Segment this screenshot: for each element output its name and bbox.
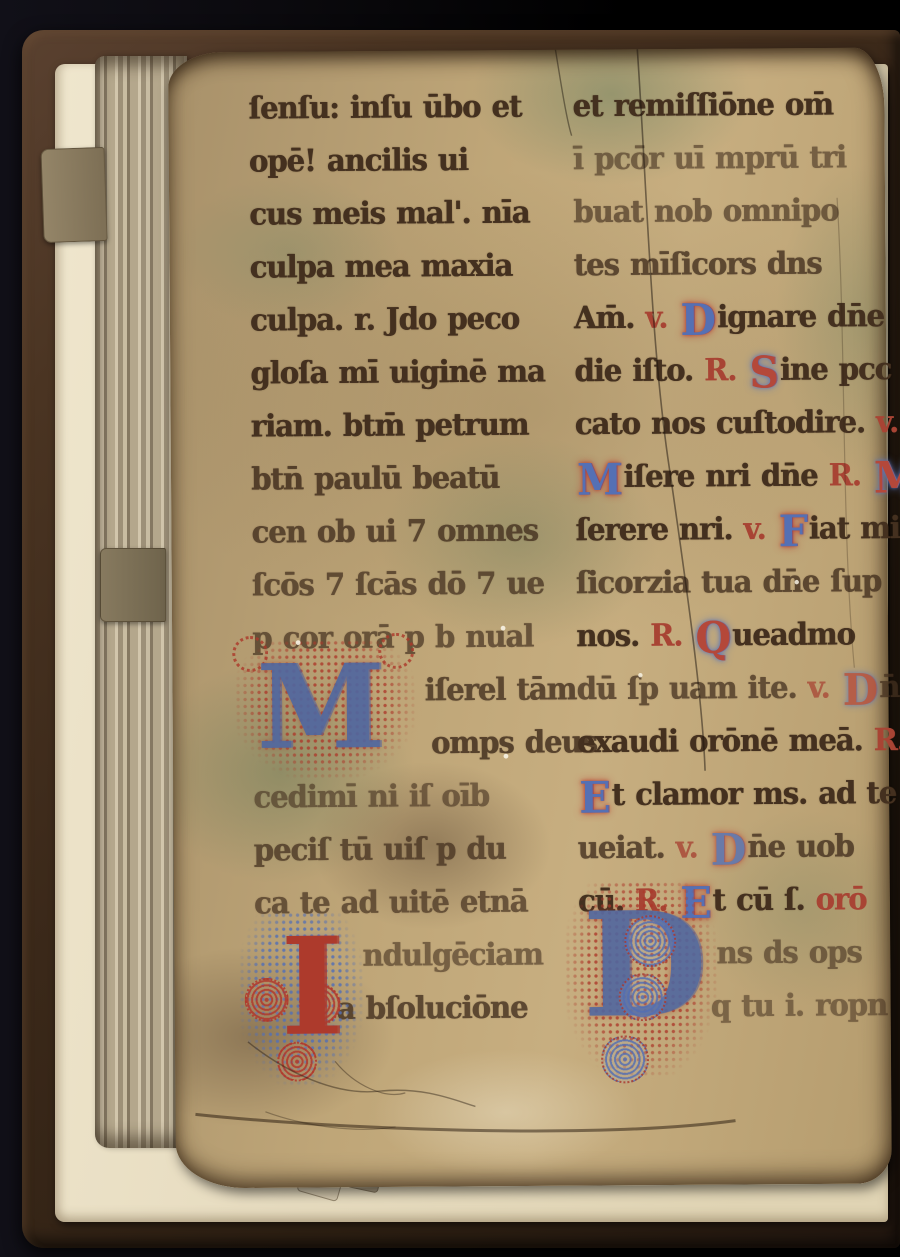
text-segment: t cū ſ. bbox=[712, 881, 815, 918]
text-segment: R. bbox=[828, 457, 872, 493]
text-segment: R. bbox=[650, 617, 694, 653]
inline-initial: Q bbox=[695, 627, 730, 648]
text-segment: et remiſſiōne om̄ bbox=[572, 86, 833, 124]
text-line: q tu i. ropn bbox=[711, 987, 888, 1044]
text-line: opē! ancilis ui bbox=[249, 141, 468, 199]
inline-initial: D bbox=[711, 839, 746, 860]
inline-initial: D bbox=[680, 309, 715, 330]
text-segment: a bſoluciōne bbox=[337, 989, 528, 1026]
text-line: dū ſp uam ite. v. Dn̄e bbox=[576, 668, 900, 727]
text-segment: R. bbox=[704, 351, 748, 387]
rosette bbox=[624, 915, 676, 967]
text-segment: v. bbox=[743, 510, 776, 546]
illuminated-initial-m: M bbox=[242, 647, 407, 772]
text-segment: ndulgēciam bbox=[362, 936, 543, 973]
text-segment: omps deus bbox=[431, 724, 597, 761]
text-segment: btn̄ paulū beatū bbox=[251, 459, 499, 497]
text-line: ſcōs 7 ſcās dō 7 ue bbox=[252, 565, 544, 623]
text-segment: ns ds ops bbox=[716, 934, 861, 971]
index-tab-upper bbox=[40, 147, 107, 243]
text-segment: exaudi orōnē meā. bbox=[577, 722, 874, 760]
text-line: cato nos cuſtodire. v. bbox=[575, 403, 899, 461]
text-line: cus meis mal'. nīa bbox=[249, 194, 530, 252]
text-segment: ueiat. bbox=[577, 829, 675, 866]
text-segment: riam. btm̄ petrum bbox=[251, 406, 529, 444]
text-segment: iat mia bbox=[809, 509, 900, 546]
text-line: riam. btm̄ petrum bbox=[251, 406, 529, 464]
index-tab-lower bbox=[100, 548, 166, 622]
text-segment: culpa mea maxia bbox=[249, 247, 512, 285]
text-line: cedimī ni iſ oīb bbox=[253, 777, 489, 835]
text-line: cen ob ui 7 omnes bbox=[251, 512, 538, 570]
text-segment: cen ob ui 7 omnes bbox=[251, 512, 538, 550]
text-segment: tes mīſicors dns bbox=[573, 245, 821, 283]
parchment-crack bbox=[553, 48, 572, 136]
text-line: ſenſu: inſu ūbo et bbox=[248, 88, 521, 146]
rosette bbox=[601, 1035, 649, 1083]
text-line: die iſto. R. Sine pcc bbox=[574, 350, 891, 408]
text-segment: opē! ancilis ui bbox=[249, 141, 468, 179]
rosette bbox=[618, 973, 666, 1021]
text-line: iſerel tām bbox=[424, 671, 576, 728]
parchment-page: ſenſu: inſu ūbo etopē! ancilis uicus mei… bbox=[168, 48, 892, 1189]
inline-initial: S bbox=[749, 362, 778, 383]
text-line: culpa mea maxia bbox=[249, 247, 512, 305]
text-line: buat nob omnipo bbox=[573, 192, 839, 250]
text-segment: ī pcōr uī mprū tri bbox=[573, 139, 846, 177]
text-line: culpa. r. Jdo peco bbox=[250, 300, 519, 358]
text-line: ī pcōr uī mprū tri bbox=[573, 139, 846, 197]
text-segment: ſcōs 7 ſcās dō 7 ue bbox=[252, 565, 544, 603]
text-segment: nos. bbox=[576, 617, 650, 654]
inline-initial: D bbox=[843, 679, 878, 700]
text-segment: ignare dn̄e bbox=[717, 298, 884, 335]
text-segment: t clamor ms. ad te bbox=[611, 774, 896, 812]
text-segment: v. bbox=[675, 829, 708, 865]
page-bottom-shadow bbox=[195, 1111, 735, 1134]
text-segment: n̄e bbox=[879, 668, 900, 704]
illuminated-initial-d: D bbox=[572, 889, 709, 1072]
inline-initial: F bbox=[779, 521, 807, 542]
text-segment: v. bbox=[645, 299, 678, 335]
inline-initial: M bbox=[577, 469, 622, 491]
text-segment: orō bbox=[815, 881, 866, 917]
parchment-crack bbox=[265, 1111, 395, 1130]
text-segment: buat nob omnipo bbox=[573, 192, 838, 230]
text-segment: q tu i. ropn bbox=[711, 987, 887, 1024]
text-segment: ine pcc bbox=[780, 350, 891, 387]
text-segment: v. bbox=[876, 403, 898, 439]
text-line: omps deus bbox=[431, 724, 597, 781]
text-line: peciſ tū uiſ p du bbox=[253, 830, 505, 888]
text-segment: R. bbox=[873, 721, 900, 757]
text-segment: v. bbox=[807, 669, 840, 705]
text-segment: gloſa mī uiginē ma bbox=[250, 353, 545, 391]
text-line: exaudi orōnē meā. R. bbox=[577, 721, 900, 779]
text-segment: dū ſp uam ite. bbox=[576, 669, 807, 707]
text-line: nos. R. Queadmo bbox=[576, 616, 855, 674]
text-line: a bſoluciōne bbox=[337, 989, 528, 1047]
illuminated-initial-i: I bbox=[246, 919, 355, 1078]
text-segment: Am̄. bbox=[574, 299, 646, 336]
manuscript-photo: ſenſu: inſu ūbo etopē! ancilis uicus mei… bbox=[0, 0, 900, 1257]
text-segment: culpa. r. Jdo peco bbox=[250, 300, 519, 338]
text-line: et remiſſiōne om̄ bbox=[572, 86, 833, 144]
inline-initial: M bbox=[874, 467, 900, 489]
text-segment: ſenſu: inſu ūbo et bbox=[248, 88, 521, 126]
text-segment: peciſ tū uiſ p du bbox=[253, 830, 505, 868]
text-line: ſerere nri. v. Fiat mia bbox=[575, 509, 900, 568]
text-segment: cato nos cuſtodire. bbox=[575, 404, 877, 442]
text-line: gloſa mī uiginē ma bbox=[250, 353, 545, 411]
initial-letter: M bbox=[256, 649, 385, 766]
text-segment: die iſto. bbox=[574, 352, 704, 389]
text-line: Am̄. v. Dignare dn̄e bbox=[574, 298, 884, 356]
text-segment: iſere nri dn̄e bbox=[623, 457, 828, 494]
text-line: ueiat. v. Dn̄e uob bbox=[577, 828, 853, 886]
text-segment: ſicorzia tua dn̄e ſup bbox=[576, 563, 882, 601]
text-segment: iſerel tām bbox=[424, 671, 576, 708]
text-line: btn̄ paulū beatū bbox=[251, 459, 500, 517]
text-segment: ueadmo bbox=[732, 616, 855, 653]
text-segment: cedimī ni iſ oīb bbox=[253, 777, 489, 815]
text-line: Miſere nri dn̄e R. M bbox=[575, 456, 900, 515]
inline-initial: E bbox=[579, 787, 609, 808]
text-line: ndulgēciam bbox=[362, 936, 543, 993]
text-segment: cus meis mal'. nīa bbox=[249, 194, 529, 232]
text-line: ns ds ops bbox=[716, 934, 862, 991]
text-segment: ſerere nri. bbox=[575, 511, 743, 548]
initial-letter: I bbox=[280, 919, 344, 1053]
text-segment: n̄e uob bbox=[747, 828, 854, 865]
